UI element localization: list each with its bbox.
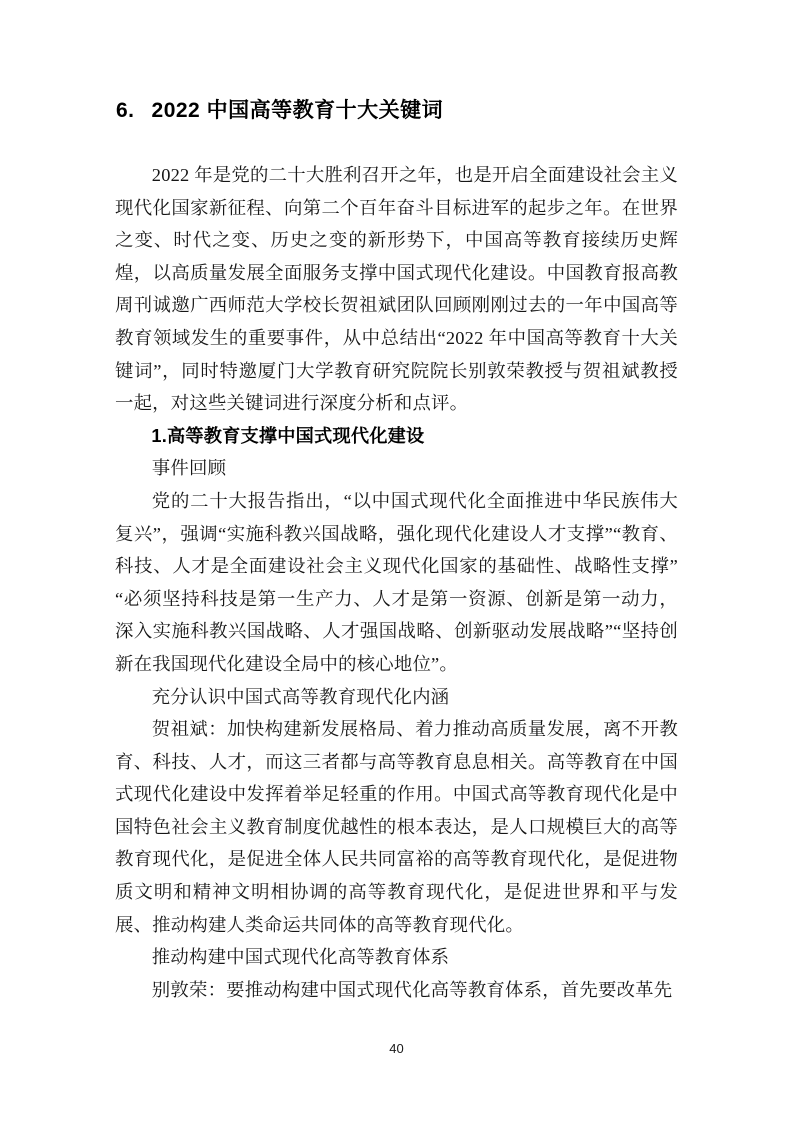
document-page: 6. 2022 中国高等教育十大关键词 2022 年是党的二十大胜利召开之年，也… [0, 0, 793, 1122]
page-number: 40 [0, 1041, 793, 1056]
section-heading-number: 6. [116, 96, 135, 126]
document-content: 6. 2022 中国高等教育十大关键词 2022 年是党的二十大胜利召开之年，也… [115, 96, 678, 1006]
event-review-label: 事件回顾 [115, 452, 678, 485]
section-heading: 6. 2022 中国高等教育十大关键词 [116, 96, 678, 126]
hezubin-commentary-paragraph: 贺祖斌：加快构建新发展格局、着力推动高质量发展，离不开教育、科技、人才，而这三者… [115, 713, 678, 941]
section-heading-text: 2022 中国高等教育十大关键词 [152, 96, 444, 126]
subtopic-heading-modernization-connotation: 充分认识中国式高等教育现代化内涵 [115, 681, 678, 714]
event-review-paragraph: 党的二十大报告指出，“以中国式现代化全面推进中华民族伟大复兴”，强调“实施科教兴… [115, 485, 678, 681]
intro-paragraph: 2022 年是党的二十大胜利召开之年，也是开启全面建设社会主义现代化国家新征程、… [115, 159, 678, 420]
subsection-heading-keyword-1: 1.高等教育支撑中国式现代化建设 [115, 420, 678, 453]
subtopic-heading-higher-education-system: 推动构建中国式现代化高等教育体系 [115, 941, 678, 974]
bieduorong-commentary-paragraph: 别敦荣：要推动构建中国式现代化高等教育体系，首先要改革先 [115, 974, 678, 1007]
body-text-block: 2022 年是党的二十大胜利召开之年，也是开启全面建设社会主义现代化国家新征程、… [115, 159, 678, 1006]
